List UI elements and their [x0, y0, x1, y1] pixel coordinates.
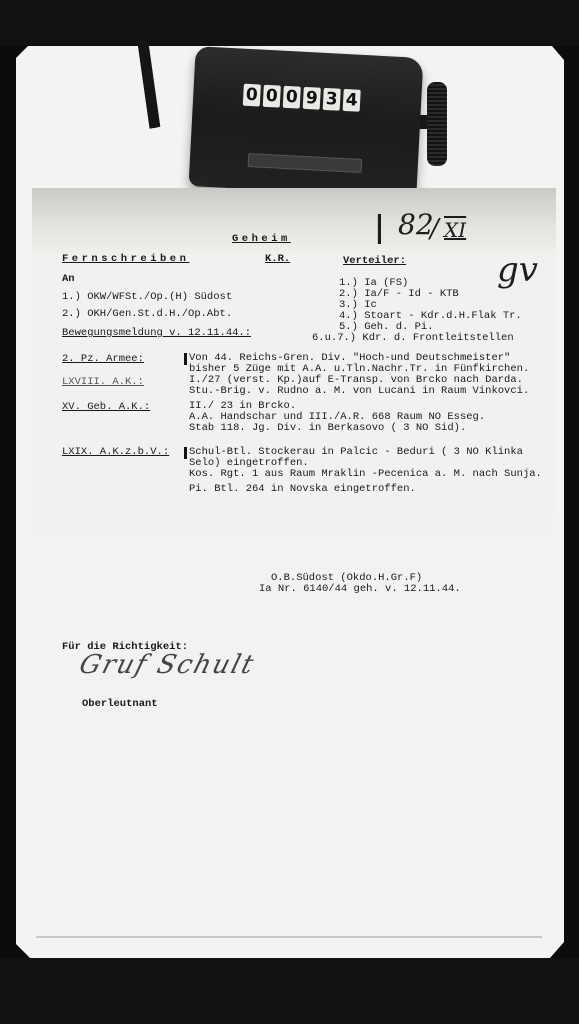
document-page: Geheim | 82 / XI gv Fernschreiben K.R. V…: [32, 188, 556, 936]
margin-marker: [184, 353, 187, 365]
film-border-top: [0, 0, 579, 46]
classification-mark: Geheim: [232, 234, 291, 246]
subject-line: Bewegungsmeldung v. 12.11.44.:: [62, 328, 251, 340]
counter-digit: 0: [243, 84, 261, 107]
entry-line: Stu.-Brig. v. Rudno a. M. von Lucani in …: [189, 386, 529, 398]
handwritten-ref-number: 82: [398, 208, 434, 241]
document-type: Fernschreiben: [62, 254, 189, 266]
recipient-item: 1.) OKW/WFSt./Op.(H) Südost: [62, 292, 232, 304]
signer-rank: Oberleutnant: [82, 699, 158, 711]
entry-unit: XV. Geb. A.K.:: [62, 402, 150, 414]
frame-counter: 0 0 0 9 3 4: [188, 46, 423, 198]
kr-mark: K.R.: [265, 254, 290, 266]
counter-digit: 4: [343, 89, 361, 112]
entry-line: Pi. Btl. 264 in Novska eingetroffen.: [189, 484, 416, 496]
handwritten-slash: /: [430, 214, 439, 244]
sender-reference: Ia Nr. 6140/44 geh. v. 12.11.44.: [259, 584, 461, 596]
margin-marker: [184, 447, 187, 459]
entry-line: Stab 118. Jg. Div. in Berkasovo ( 3 NO S…: [189, 423, 466, 435]
recipients-label: An: [62, 274, 75, 286]
distribution-item: 6.u.7.) Kdr. d. Frontleitstellen: [312, 333, 514, 345]
counter-digit: 3: [323, 88, 341, 111]
entry-unit: 2. Pz. Armee:: [62, 354, 144, 366]
handwritten-initials: gv: [497, 250, 538, 290]
counter-digit: 9: [303, 87, 321, 110]
handwritten-mark-stroke: |: [374, 210, 385, 245]
handwritten-ref-roman: XI: [444, 218, 466, 242]
signature: Gruf Schult: [76, 650, 259, 680]
counter-digits: 0 0 0 9 3 4: [243, 84, 361, 112]
entry-unit: LXIX. A.K.z.b.V.:: [62, 447, 169, 459]
distribution-label: Verteiler:: [343, 256, 406, 268]
entry-line: Kos. Rgt. 1 aus Raum Mraklin -Pecenica a…: [189, 469, 542, 481]
counter-digit: 0: [283, 86, 301, 109]
recipient-item: 2.) OKH/Gen.St.d.H./Op.Abt.: [62, 309, 232, 321]
counter-knob: [427, 82, 447, 166]
film-border-bottom: [0, 958, 579, 1024]
counter-digit: 0: [263, 85, 281, 108]
counter-slot: [248, 153, 363, 173]
sheet-fold-line: [36, 936, 542, 938]
entry-unit: LXVIII. A.K.:: [62, 377, 144, 389]
